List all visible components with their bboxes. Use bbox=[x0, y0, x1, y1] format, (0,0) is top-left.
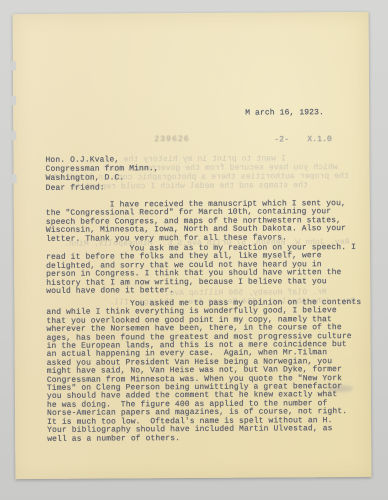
letter-page: I want to print in my history the which … bbox=[13, 12, 372, 479]
paper-edge-notch bbox=[11, 61, 16, 70]
bleedthrough-line: the stamps and the medal which I could r… bbox=[72, 182, 308, 192]
recipient-title: Congressman from Minn., bbox=[46, 164, 159, 174]
recipient-name: Hon. O.J.Kvale, bbox=[45, 155, 119, 164]
letter-date: M arch 16, 1923. bbox=[245, 109, 324, 118]
salutation: Dear friend: bbox=[46, 185, 105, 194]
paper-edge-notch bbox=[12, 174, 17, 183]
paper-edge-notch bbox=[11, 96, 16, 105]
paragraph-1: I have received the manuscript which I s… bbox=[46, 200, 346, 244]
scan-background: I want to print in my history the which … bbox=[0, 0, 388, 500]
paragraph-3: You asked me to pass my opinion on the c… bbox=[46, 299, 362, 444]
page-number: -2- bbox=[274, 136, 289, 144]
paper-edge-notch bbox=[11, 131, 16, 140]
archive-stamp-number: 239626 bbox=[154, 136, 189, 145]
recipient-city: Washington, D.C. bbox=[46, 173, 125, 182]
paragraph-2: You ask me as to my reaction on your spe… bbox=[46, 244, 356, 296]
file-mark: X.1.0 bbox=[307, 136, 332, 145]
